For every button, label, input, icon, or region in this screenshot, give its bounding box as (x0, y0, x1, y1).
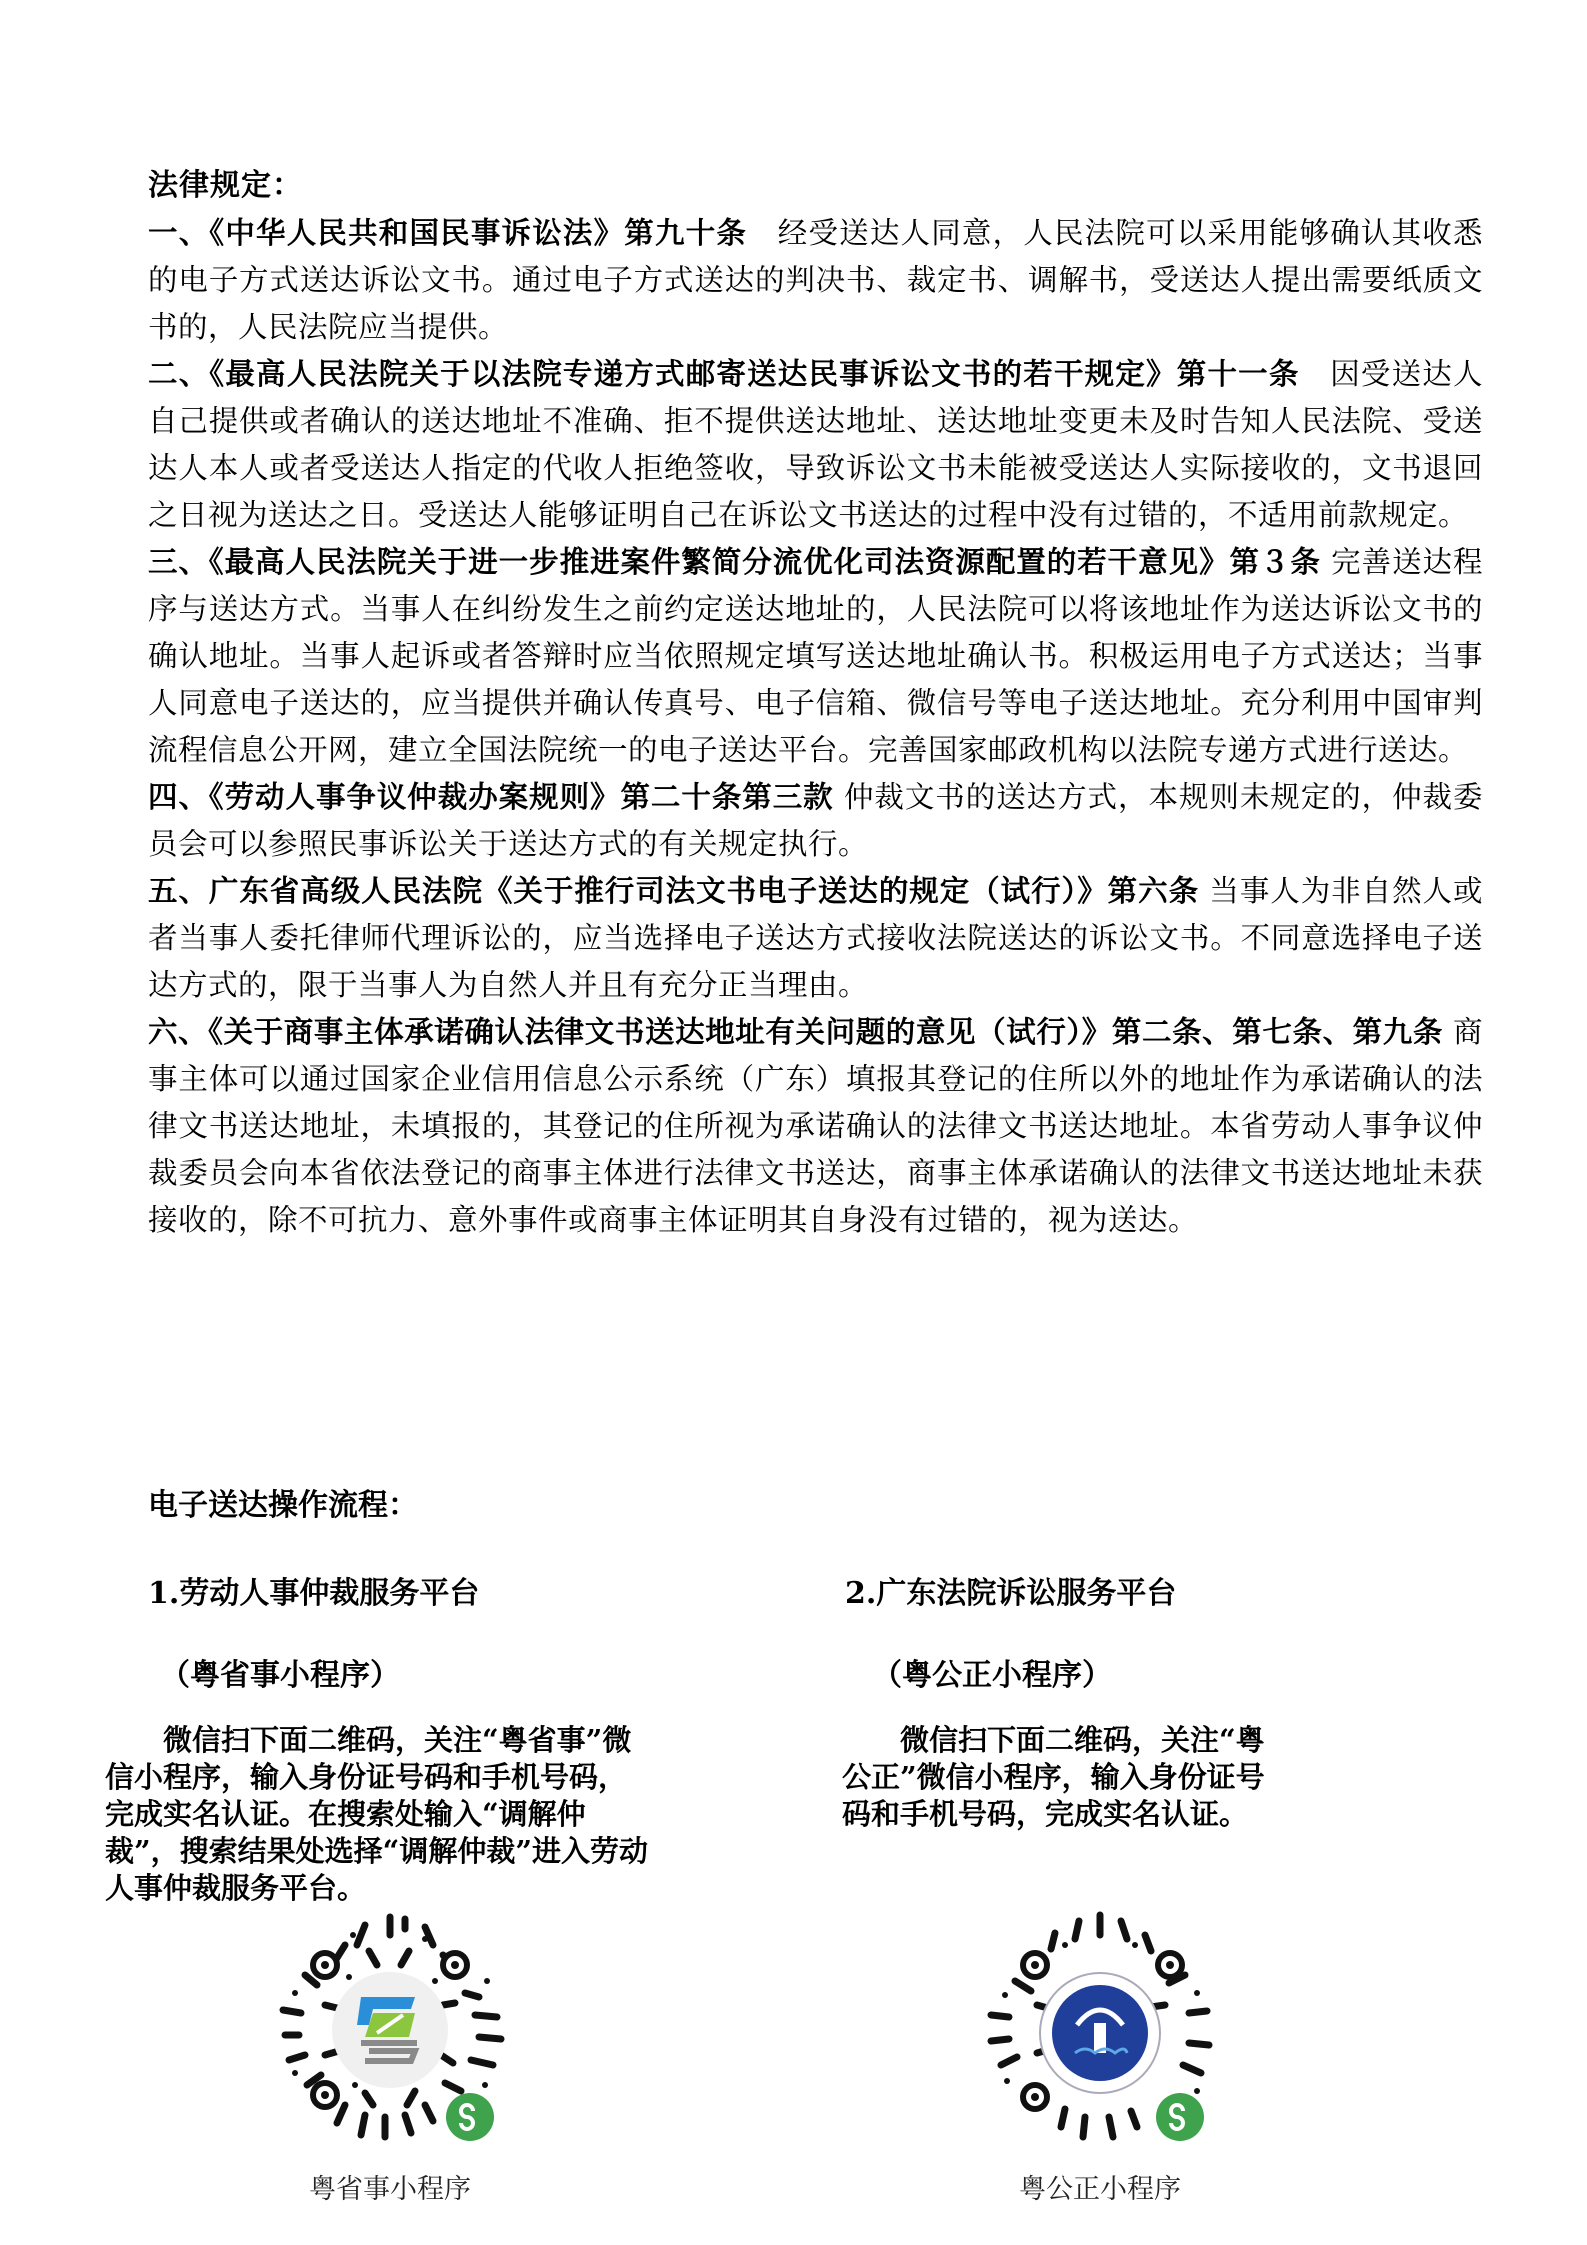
platform-1-program: （粤省事小程序） (160, 1650, 400, 1694)
legal-clause-1: 一、《中华人民共和国民事诉讼法》第九十条 经受送达人同意，人民法院可以采用能够确… (148, 210, 1483, 351)
platform-1-instructions: 微信扫下面二维码，关注“粤省事”微信小程序，输入身份证号码和手机号码，完成实名认… (105, 1722, 650, 1907)
legal-provisions-section: 法律规定： 一、《中华人民共和国民事诉讼法》第九十条 经受送达人同意，人民法院可… (148, 162, 1483, 1244)
platform-2-program: （粤公正小程序） (872, 1650, 1112, 1694)
yuegongzheng-qr-code[interactable] (975, 1905, 1225, 2155)
platform-2-instructions: 微信扫下面二维码，关注“粤公正”微信小程序，输入身份证号码和手机号码，完成实名认… (842, 1722, 1292, 1833)
document-page: 法律规定： 一、《中华人民共和国民事诉讼法》第九十条 经受送达人同意，人民法院可… (0, 0, 1587, 2245)
clause-heading: 三、《最高人民法院关于进一步推进案件繁简分流优化司法资源配置的若干意见》第３条 (148, 545, 1321, 579)
qr-code-pattern-icon (265, 1905, 515, 2155)
e-service-flow-title: 电子送达操作流程： (148, 1480, 418, 1524)
platform-2-qr-block: 粤公正小程序 (950, 1905, 1250, 2206)
platform-1-name: 1.劳动人事仲裁服务平台 (148, 1568, 479, 1612)
legal-clause-4: 四、《劳动人事争议仲裁办案规则》第二十条第三款 仲裁文书的送达方式，本规则未规定… (148, 774, 1483, 868)
yueshengshi-qr-code[interactable] (265, 1905, 515, 2155)
clause-heading: 五、广东省高级人民法院《关于推行司法文书电子送达的规定（试行）》第六条 (148, 874, 1199, 908)
platform-1-qr-caption: 粤省事小程序 (240, 2167, 540, 2206)
qr-code-pattern-icon (975, 1905, 1225, 2155)
platform-2-name: 2.广东法院诉讼服务平台 (845, 1568, 1176, 1612)
clause-heading: 六、《关于商事主体承诺确认法律文书送达地址有关问题的意见（试行）》第二条、第七条… (148, 1015, 1443, 1049)
legal-provisions-title: 法律规定： (148, 162, 1483, 210)
legal-clause-3: 三、《最高人民法院关于进一步推进案件繁简分流优化司法资源配置的若干意见》第３条 … (148, 539, 1483, 774)
platform-1-qr-block: 粤省事小程序 (240, 1905, 540, 2206)
legal-clause-2: 二、《最高人民法院关于以法院专递方式邮寄送达民事诉讼文书的若干规定》第十一条 因… (148, 351, 1483, 539)
legal-clause-5: 五、广东省高级人民法院《关于推行司法文书电子送达的规定（试行）》第六条 当事人为… (148, 868, 1483, 1009)
clause-heading: 四、《劳动人事争议仲裁办案规则》第二十条第三款 (148, 780, 834, 814)
legal-clause-6: 六、《关于商事主体承诺确认法律文书送达地址有关问题的意见（试行）》第二条、第七条… (148, 1009, 1483, 1244)
clause-heading: 二、《最高人民法院关于以法院专递方式邮寄送达民事诉讼文书的若干规定》第十一条 (148, 357, 1300, 391)
clause-heading: 一、《中华人民共和国民事诉讼法》第九十条 (148, 216, 747, 250)
platform-2-qr-caption: 粤公正小程序 (950, 2167, 1250, 2206)
